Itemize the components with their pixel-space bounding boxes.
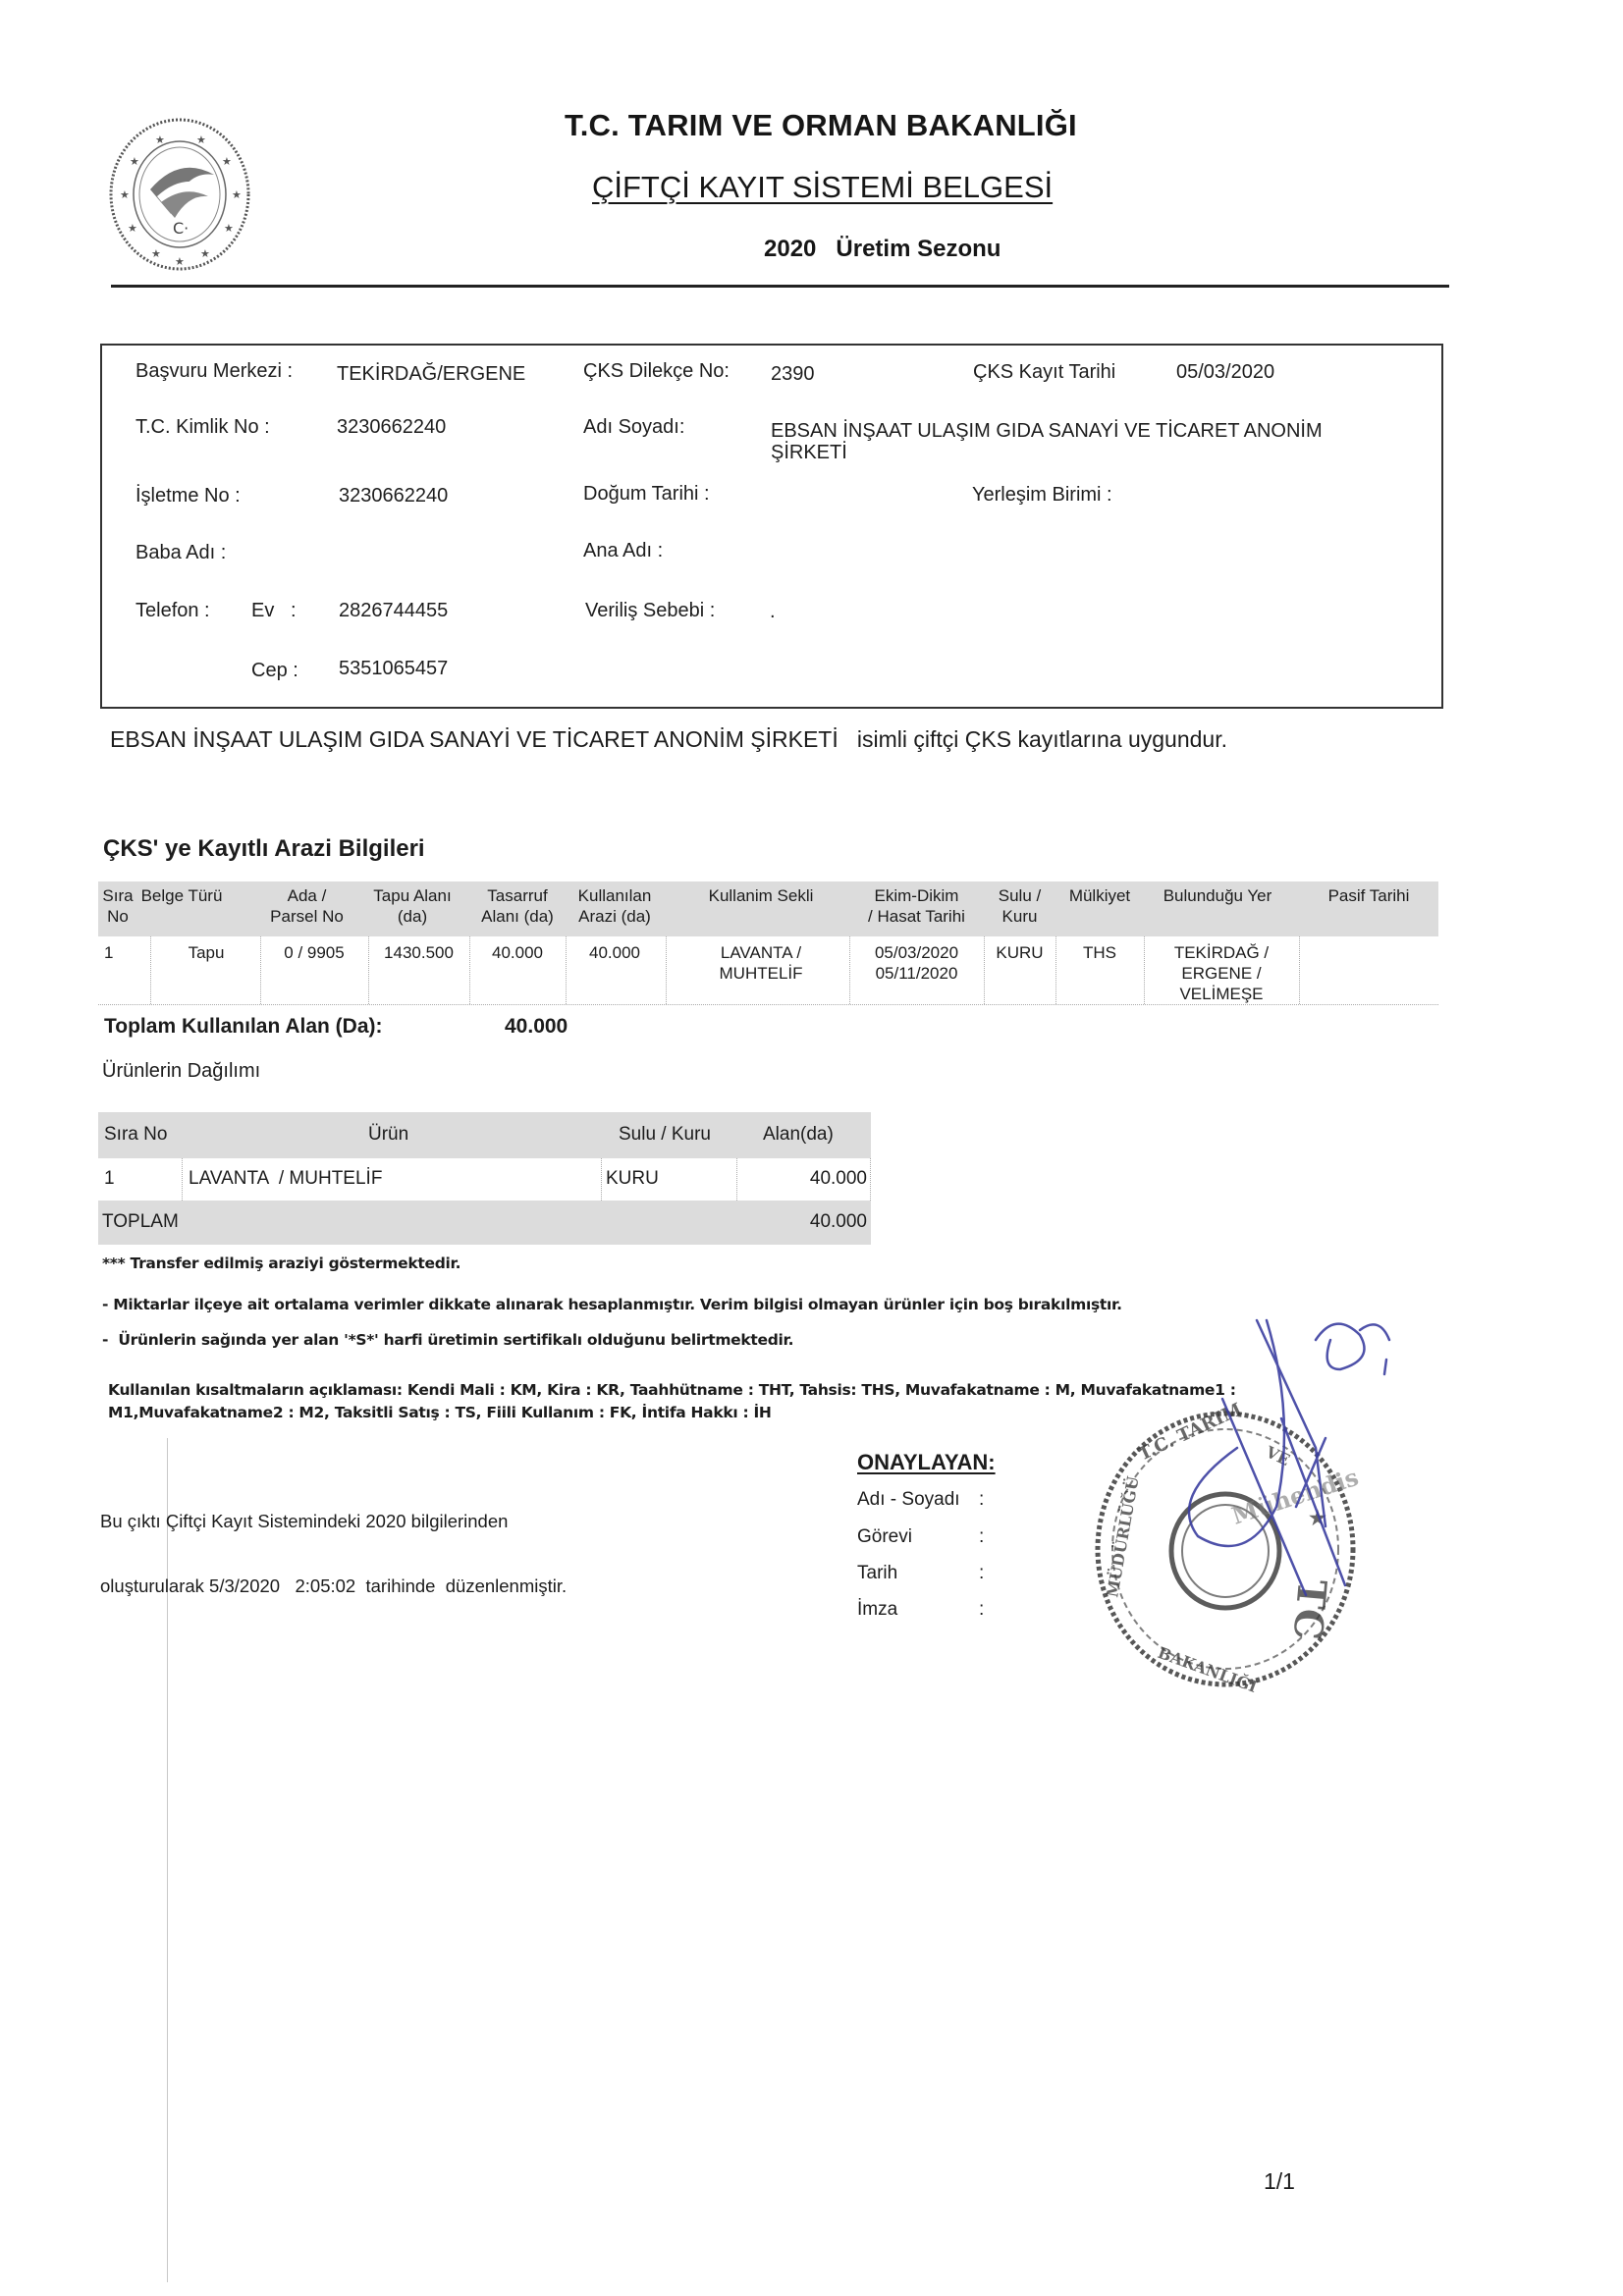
svg-text:★: ★ (200, 247, 210, 260)
col-sira-no: Sıra No (104, 1124, 167, 1146)
products-title: Ürünlerin Dağılımı (102, 1060, 260, 1083)
abbreviations-line1: Kullanılan kısaltmaların açıklaması: Ken… (108, 1381, 1236, 1399)
total-label: TOPLAM (102, 1211, 179, 1233)
svg-text:★: ★ (120, 188, 130, 201)
cell-urun: LAVANTA / MUHTELİF (189, 1168, 382, 1190)
col-kullanilan-arazi: KullanılanArazi (da) (566, 885, 664, 927)
isletme-no-value: 3230662240 (339, 485, 448, 507)
ministry-seal-icon: ★★ ★★ ★★ ★★ ★★ ★ C· (106, 116, 253, 273)
approval-date-label: Tarih (857, 1563, 897, 1584)
ministry-name: T.C. TARIM VE ORMAN BAKANLIĞI (565, 108, 1077, 143)
verilis-sebebi-value: . (770, 601, 776, 623)
kayit-tarihi-value: 05/03/2020 (1176, 361, 1274, 384)
transfer-note: *** Transfer edilmiş araziyi göstermekte… (102, 1255, 460, 1272)
issued-line1: Bu çıktı Çiftçi Kayıt Sistemindeki 2020 … (100, 1511, 567, 1532)
total-value: 40.000 (810, 1211, 867, 1233)
cell-sulu-kuru: KURU (606, 1168, 659, 1190)
approval-name-colon: : (979, 1489, 984, 1511)
col-belge-turu: Belge Türü (137, 885, 226, 906)
svg-text:★: ★ (232, 188, 242, 201)
cell-sulu-kuru: KURU (984, 942, 1055, 963)
approval-name-label: Adı - Soyadı (857, 1489, 960, 1511)
svg-text:★: ★ (155, 133, 165, 146)
col-tapu-alani: Tapu Alanı(da) (363, 885, 461, 927)
approval-signature-colon: : (979, 1599, 984, 1621)
header-divider (111, 285, 1449, 288)
adi-soyadi-line1: EBSAN İNŞAAT ULAŞIM GIDA SANAYİ VE TİCAR… (771, 420, 1323, 443)
approval-role-colon: : (979, 1526, 984, 1548)
season-year: 2020 (764, 236, 816, 262)
page-number: 1/1 (1264, 2168, 1295, 2195)
ev-label: Ev : (251, 600, 297, 622)
total-used-area-label: Toplam Kullanılan Alan (Da): (104, 1015, 383, 1039)
cell-alan: 40.000 (810, 1168, 867, 1190)
col-ekim-hasat: Ekim-Dikim/ Hasat Tarihi (849, 885, 984, 927)
production-season: 2020 Üretim Sezonu (764, 236, 1001, 263)
col-bulundugu-yer: Bulunduğu Yer (1144, 885, 1291, 906)
cell-mulkiyet: THS (1055, 942, 1144, 963)
col-ada-parsel: Ada /Parsel No (260, 885, 353, 927)
dilekce-no-label: ÇKS Dilekçe No: (583, 360, 730, 383)
baba-adi-label: Baba Adı : (135, 542, 226, 564)
dogum-tarihi-label: Doğum Tarihi : (583, 483, 710, 506)
ana-adi-label: Ana Adı : (583, 540, 663, 562)
products-total-row (98, 1201, 871, 1245)
abbreviations-line2: M1,Muvafakatname2 : M2, Taksitli Satış :… (108, 1404, 772, 1421)
document-title: ÇİFTÇİ KAYIT SİSTEMİ BELGESİ (592, 170, 1053, 205)
svg-text:C·: C· (173, 219, 189, 238)
kayit-tarihi-label: ÇKS Kayıt Tarihi (973, 361, 1115, 384)
dilekce-no-value: 2390 (771, 363, 815, 386)
tc-kimlik-label: T.C. Kimlik No : (135, 416, 270, 439)
svg-text:★: ★ (222, 155, 232, 168)
col-kullanim-sekli: Kullanim Sekli (677, 885, 844, 906)
col-urun: Ürün (368, 1124, 408, 1146)
cell-tapu-alani: 1430.500 (368, 942, 469, 963)
basvuru-merkezi-value: TEKİRDAĞ/ERGENE (337, 363, 525, 386)
tc-kimlik-value: 3230662240 (337, 416, 446, 439)
issued-text: Bu çıktı Çiftçi Kayıt Sistemindeki 2020 … (100, 1468, 567, 1619)
approval-title: ONAYLAYAN: (857, 1450, 996, 1475)
svg-text:★: ★ (151, 247, 161, 260)
cell-sira: 1 (104, 1168, 115, 1190)
cep-label: Cep : (251, 660, 298, 682)
svg-text:★: ★ (224, 222, 234, 235)
cell-ada-parsel: 0 / 9905 (260, 942, 368, 963)
col-sira-no: SıraNo (98, 885, 137, 927)
yield-note: - Miktarlar ilçeye ait ortalama verimler… (102, 1296, 1122, 1313)
cell-kullanim-sekli: LAVANTA /MUHTELİF (677, 942, 844, 984)
basvuru-merkezi-label: Başvuru Merkezi : (135, 360, 293, 383)
cell-bulundugu-yer: TEKİRDAĞ /ERGENE /VELİMEŞE (1144, 942, 1299, 1004)
season-label: Üretim Sezonu (836, 236, 1001, 262)
cell-belge-turu: Tapu (152, 942, 260, 963)
total-used-area-value: 40.000 (505, 1015, 568, 1039)
land-section-title: ÇKS' ye Kayıtlı Arazi Bilgileri (103, 835, 425, 863)
certified-note: - Ürünlerin sağında yer alan '*S*' harfi… (102, 1331, 793, 1349)
telefon-label: Telefon : (135, 600, 210, 622)
applicant-info-box (100, 344, 1443, 709)
approval-date-colon: : (979, 1563, 984, 1584)
certification-suffix: isimli çiftçi ÇKS kayıtlarına uygundur. (857, 726, 1227, 752)
yerlesim-birimi-label: Yerleşim Birimi : (972, 484, 1112, 507)
adi-soyadi-line2: ŞİRKETİ (771, 442, 847, 464)
col-mulkiyet: Mülkiyet (1055, 885, 1144, 906)
products-table-header (98, 1112, 871, 1158)
cell-sira: 1 (104, 942, 113, 963)
approval-role-label: Görevi (857, 1526, 912, 1548)
col-pasif-tarihi: Pasif Tarihi (1299, 885, 1438, 906)
ev-phone-value: 2826744455 (339, 600, 448, 622)
certification-statement: EBSAN İNŞAAT ULAŞIM GIDA SANAYİ VE TİCAR… (110, 726, 1227, 753)
col-tasarruf-alani: TasarrufAlanı (da) (469, 885, 566, 927)
isletme-no-label: İşletme No : (135, 485, 241, 507)
col-alan: Alan(da) (763, 1124, 834, 1146)
cell-kullanilan-arazi: 40.000 (566, 942, 664, 963)
verilis-sebebi-label: Veriliş Sebebi : (585, 600, 715, 622)
cell-tasarruf-alani: 40.000 (469, 942, 566, 963)
certified-name: EBSAN İNŞAAT ULAŞIM GIDA SANAYİ VE TİCAR… (110, 726, 839, 752)
adi-soyadi-label: Adı Soyadı: (583, 416, 684, 439)
col-sulu-kuru: Sulu / Kuru (619, 1124, 711, 1146)
signature-icon (1129, 1301, 1424, 1634)
svg-text:★: ★ (130, 155, 139, 168)
cell-ekim-hasat: 05/03/202005/11/2020 (849, 942, 984, 984)
col-sulu-kuru: Sulu /Kuru (984, 885, 1055, 927)
svg-text:★: ★ (196, 133, 206, 146)
svg-text:★: ★ (128, 222, 137, 235)
approval-signature-label: İmza (857, 1599, 897, 1621)
issued-line2: oluşturularak 5/3/2020 2:05:02 tarihinde… (100, 1575, 567, 1597)
cep-phone-value: 5351065457 (339, 658, 448, 680)
svg-text:★: ★ (175, 255, 185, 268)
